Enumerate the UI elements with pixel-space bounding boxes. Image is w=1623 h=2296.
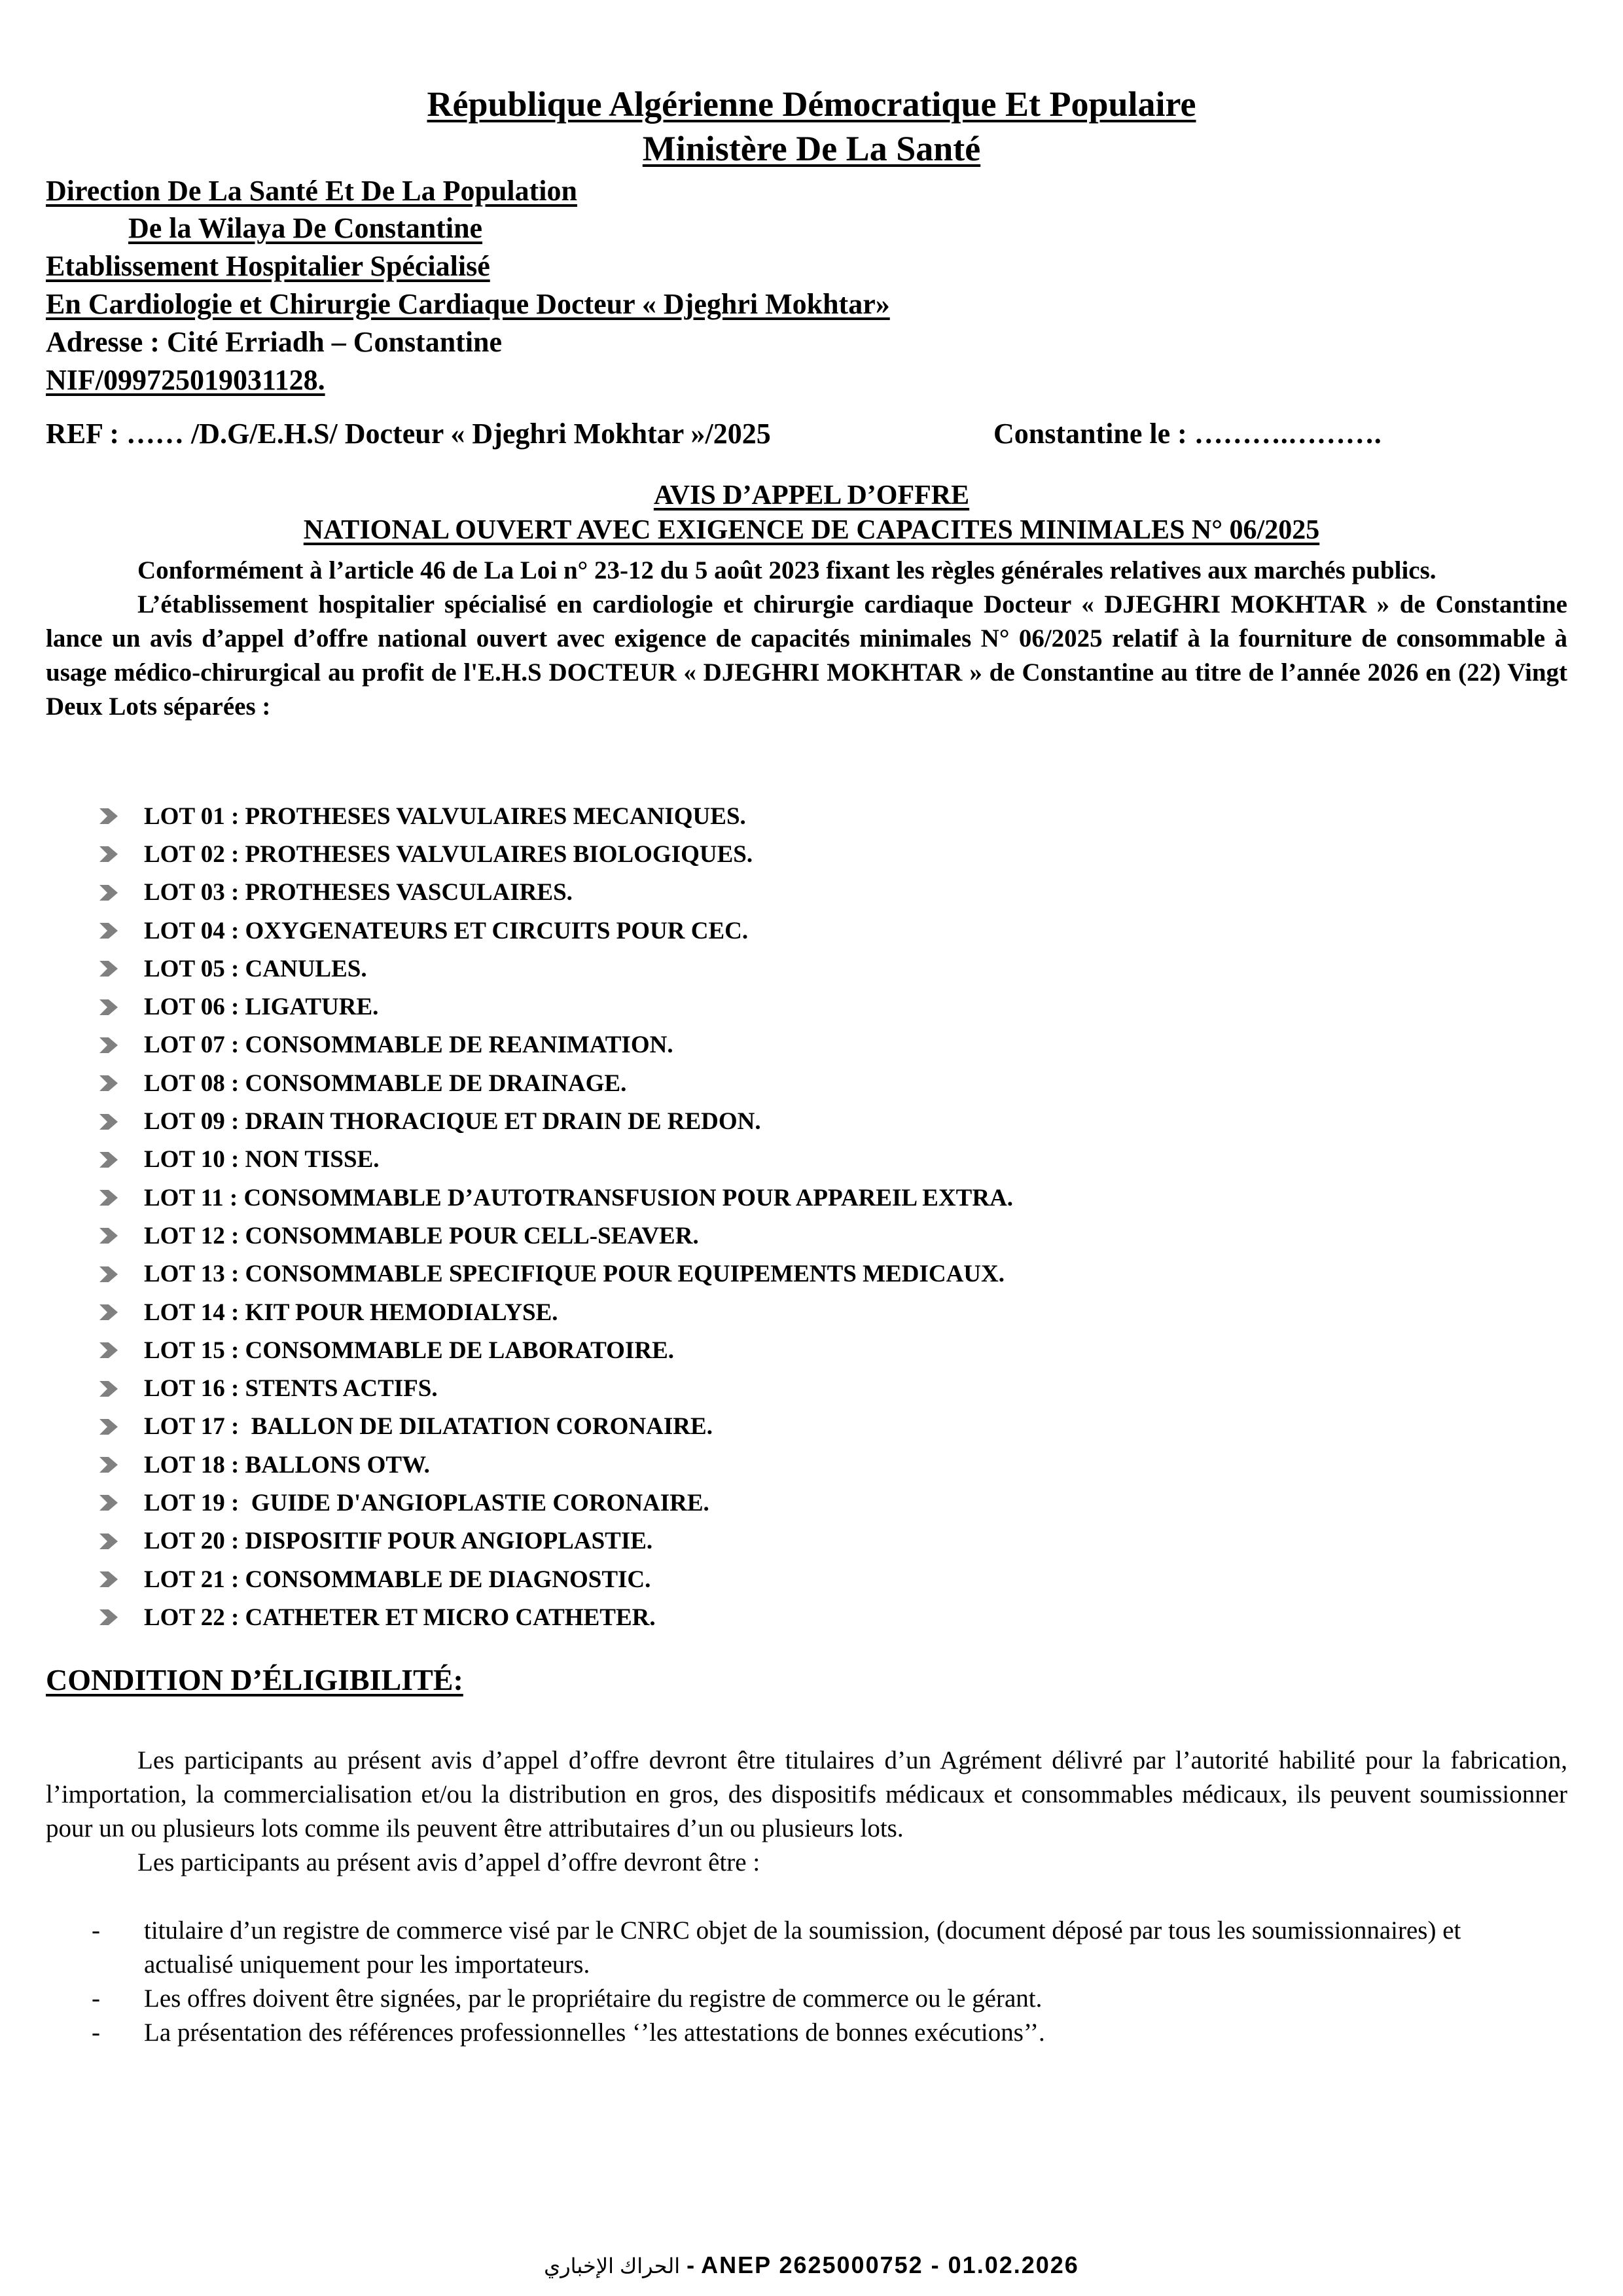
lot-item: LOT 11 : CONSOMMABLE D’AUTOTRANSFUSION P…: [98, 1179, 1013, 1217]
notice-paragraph-1: Conformément à l’article 46 de La Loi n°…: [46, 554, 1567, 588]
bullet-marker: -: [46, 1982, 144, 2016]
lot-label: LOT 09 : DRAIN THORACIQUE ET DRAIN DE RE…: [144, 1107, 761, 1136]
right-arrow-icon: [98, 1112, 120, 1132]
lot-item: LOT 14 : KIT POUR HEMODIALYSE.: [98, 1293, 1013, 1331]
eligibility-bullets: -titulaire d’un registre de commerce vis…: [46, 1914, 1551, 2050]
lot-label: LOT 10 : NON TISSE.: [144, 1145, 380, 1174]
lot-label: LOT 12 : CONSOMMABLE POUR CELL-SEAVER.: [144, 1222, 699, 1250]
right-arrow-icon: [98, 1265, 120, 1284]
lot-label: LOT 18 : BALLONS OTW.: [144, 1451, 430, 1479]
footer-separator: -: [680, 2251, 701, 2278]
lot-item: LOT 03 : PROTHESES VASCULAIRES.: [98, 874, 1013, 912]
right-arrow-icon: [98, 1570, 120, 1589]
wilaya-line: De la Wilaya De Constantine: [128, 211, 482, 245]
right-arrow-icon: [98, 1188, 120, 1208]
right-arrow-icon: [98, 1302, 120, 1322]
right-arrow-icon: [98, 1607, 120, 1627]
eligibility-title: CONDITION D’ÉLIGIBILITÉ:: [46, 1662, 463, 1697]
lot-label: LOT 17 : BALLON DE DILATATION CORONAIRE.: [144, 1412, 713, 1441]
right-arrow-icon: [98, 1493, 120, 1513]
right-arrow-icon: [98, 997, 120, 1017]
lot-label: LOT 05 : CANULES.: [144, 955, 367, 983]
establishment-line: Etablissement Hospitalier Spécialisé: [46, 249, 490, 283]
ministry-title: Ministère De La Santé: [0, 128, 1623, 169]
right-arrow-icon: [98, 921, 120, 941]
right-arrow-icon: [98, 1035, 120, 1055]
lot-label: LOT 21 : CONSOMMABLE DE DIAGNOSTIC.: [144, 1566, 651, 1594]
lot-item: LOT 21 : CONSOMMABLE DE DIAGNOSTIC.: [98, 1560, 1013, 1598]
lot-item: LOT 08 : CONSOMMABLE DE DRAINAGE.: [98, 1064, 1013, 1102]
bullet-text: La présentation des références professio…: [144, 2016, 1045, 2050]
address-line: Adresse : Cité Erriadh – Constantine: [46, 325, 502, 359]
lot-label: LOT 14 : KIT POUR HEMODIALYSE.: [144, 1299, 558, 1327]
footer-arabic-source: الحراك الإخباري: [544, 2254, 680, 2278]
right-arrow-icon: [98, 1379, 120, 1399]
right-arrow-icon: [98, 1340, 120, 1360]
footer-anep-reference: ANEP 2625000752 - 01.02.2026: [701, 2251, 1079, 2278]
lot-item: LOT 04 : OXYGENATEURS ET CIRCUITS POUR C…: [98, 912, 1013, 950]
lot-item: LOT 16 : STENTS ACTIFS.: [98, 1369, 1013, 1407]
lot-item: LOT 13 : CONSOMMABLE SPECIFIQUE POUR EQU…: [98, 1255, 1013, 1293]
lot-item: LOT 02 : PROTHESES VALVULAIRES BIOLOGIQU…: [98, 835, 1013, 873]
lot-item: LOT 17 : BALLON DE DILATATION CORONAIRE.: [98, 1408, 1013, 1446]
right-arrow-icon: [98, 1150, 120, 1170]
eligibility-bullet: -Les offres doivent être signées, par le…: [46, 1982, 1551, 2016]
reference-date: Constantine le : ……….……….: [993, 417, 1382, 450]
right-arrow-icon: [98, 844, 120, 864]
right-arrow-icon: [98, 1455, 120, 1475]
lot-item: LOT 20 : DISPOSITIF POUR ANGIOPLASTIE.: [98, 1522, 1013, 1560]
lot-item: LOT 09 : DRAIN THORACIQUE ET DRAIN DE RE…: [98, 1102, 1013, 1140]
lot-label: LOT 07 : CONSOMMABLE DE REANIMATION.: [144, 1031, 673, 1059]
eligibility-bullet: -titulaire d’un registre de commerce vis…: [46, 1914, 1551, 1982]
lot-label: LOT 08 : CONSOMMABLE DE DRAINAGE.: [144, 1069, 626, 1098]
bullet-marker: -: [46, 2016, 144, 2050]
lot-item: LOT 10 : NON TISSE.: [98, 1141, 1013, 1179]
lot-label: LOT 22 : CATHETER ET MICRO CATHETER.: [144, 1604, 656, 1632]
notice-paragraph-2: L’établissement hospitalier spécialisé e…: [46, 588, 1567, 724]
lot-label: LOT 13 : CONSOMMABLE SPECIFIQUE POUR EQU…: [144, 1260, 1005, 1288]
lot-item: LOT 12 : CONSOMMABLE POUR CELL-SEAVER.: [98, 1217, 1013, 1255]
footer-publication: الحراك الإخباري - ANEP 2625000752 - 01.0…: [0, 2251, 1623, 2279]
right-arrow-icon: [98, 806, 120, 826]
lot-item: LOT 19 : GUIDE D'ANGIOPLASTIE CORONAIRE.: [98, 1484, 1013, 1522]
lots-list: LOT 01 : PROTHESES VALVULAIRES MECANIQUE…: [98, 797, 1013, 1637]
bullet-text: titulaire d’un registre de commerce visé…: [144, 1914, 1551, 1982]
lot-label: LOT 06 : LIGATURE.: [144, 993, 378, 1021]
direction-line: Direction De La Santé Et De La Populatio…: [46, 174, 577, 207]
lot-label: LOT 15 : CONSOMMABLE DE LABORATOIRE.: [144, 1336, 674, 1365]
lot-label: LOT 03 : PROTHESES VASCULAIRES.: [144, 878, 573, 906]
nif-line: NIF/099725019031128.: [46, 363, 325, 397]
right-arrow-icon: [98, 959, 120, 978]
right-arrow-icon: [98, 1417, 120, 1437]
lot-item: LOT 06 : LIGATURE.: [98, 988, 1013, 1026]
lot-item: LOT 15 : CONSOMMABLE DE LABORATOIRE.: [98, 1331, 1013, 1369]
notice-body: Conformément à l’article 46 de La Loi n°…: [46, 554, 1567, 724]
bullet-text: Les offres doivent être signées, par le …: [144, 1982, 1042, 2016]
right-arrow-icon: [98, 1073, 120, 1093]
notice-title: AVIS D’APPEL D’OFFRE: [0, 480, 1623, 511]
country-title: République Algérienne Démocratique Et Po…: [0, 84, 1623, 124]
right-arrow-icon: [98, 883, 120, 903]
lot-item: LOT 05 : CANULES.: [98, 950, 1013, 988]
lot-label: LOT 11 : CONSOMMABLE D’AUTOTRANSFUSION P…: [144, 1184, 1013, 1212]
lot-label: LOT 01 : PROTHESES VALVULAIRES MECANIQUE…: [144, 802, 746, 831]
lot-label: LOT 19 : GUIDE D'ANGIOPLASTIE CORONAIRE.: [144, 1489, 709, 1517]
lot-item: LOT 18 : BALLONS OTW.: [98, 1446, 1013, 1484]
right-arrow-icon: [98, 1226, 120, 1246]
reference-number: REF : …… /D.G/E.H.S/ Docteur « Djeghri M…: [46, 417, 771, 450]
eligibility-bullet: -La présentation des références professi…: [46, 2016, 1551, 2050]
lot-label: LOT 20 : DISPOSITIF POUR ANGIOPLASTIE.: [144, 1527, 652, 1555]
notice-subtitle: NATIONAL OUVERT AVEC EXIGENCE DE CAPACIT…: [0, 514, 1623, 546]
lot-label: LOT 02 : PROTHESES VALVULAIRES BIOLOGIQU…: [144, 840, 753, 869]
lot-item: LOT 22 : CATHETER ET MICRO CATHETER.: [98, 1598, 1013, 1636]
bullet-marker: -: [46, 1914, 144, 1982]
lot-item: LOT 01 : PROTHESES VALVULAIRES MECANIQUE…: [98, 797, 1013, 835]
eligibility-body: Les participants au présent avis d’appel…: [46, 1744, 1567, 1880]
eligibility-paragraph-1: Les participants au présent avis d’appel…: [46, 1744, 1567, 1846]
eligibility-paragraph-2: Les participants au présent avis d’appel…: [46, 1846, 1567, 1880]
lot-item: LOT 07 : CONSOMMABLE DE REANIMATION.: [98, 1026, 1013, 1064]
right-arrow-icon: [98, 1532, 120, 1551]
establishment-full-line: En Cardiologie et Chirurgie Cardiaque Do…: [46, 287, 890, 321]
lot-label: LOT 04 : OXYGENATEURS ET CIRCUITS POUR C…: [144, 917, 748, 945]
lot-label: LOT 16 : STENTS ACTIFS.: [144, 1374, 438, 1403]
